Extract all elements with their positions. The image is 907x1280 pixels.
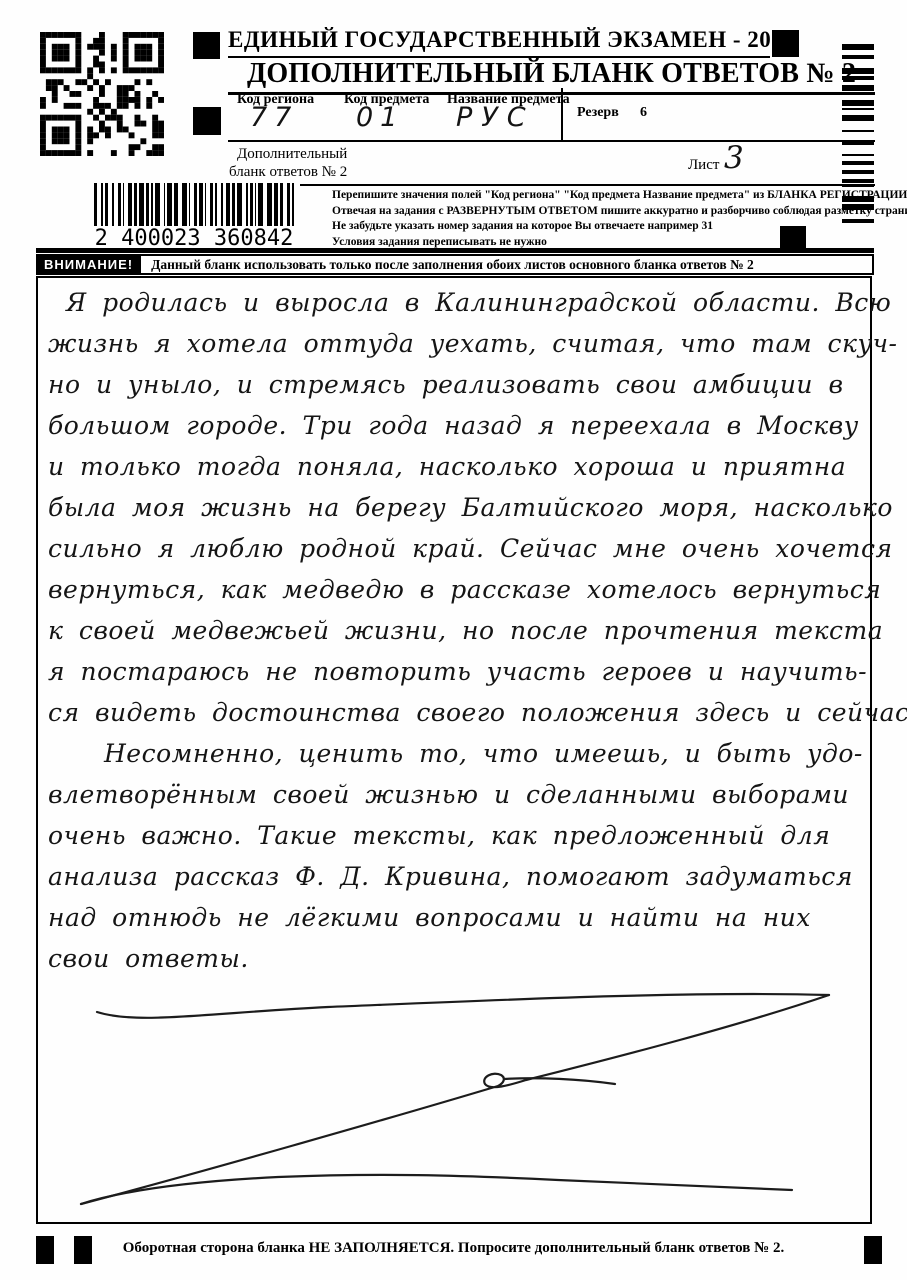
footer-note: Оборотная сторона бланка НЕ ЗАПОЛНЯЕТСЯ.… (0, 1240, 907, 1257)
instruction-line: Перепишите значения полей "Код региона" … (332, 188, 832, 204)
form-name-line1: Дополнительный (237, 145, 347, 163)
answer-area: Я родилась и выросла в Калининградской о… (36, 276, 872, 1224)
divider (561, 88, 563, 141)
registration-mark (193, 107, 221, 135)
reserve-label: Резерв (577, 105, 619, 121)
subject-name-field: РУС (456, 102, 535, 133)
exam-title: ЕДИНЫЙ ГОСУДАРСТВЕННЫЙ ЭКЗАМЕН - 2024 (228, 27, 770, 58)
region-code-field: 77 (250, 102, 298, 133)
qr-code-image (40, 32, 164, 156)
form-title: ДОПОЛНИТЕЛЬНЫЙ БЛАНК ОТВЕТОВ № 2 (228, 58, 875, 95)
sheet-label: Лист (688, 157, 719, 174)
instructions-block: Перепишите значения полей "Код региона" … (332, 188, 832, 250)
attention-strip: ВНИМАНИЕ! Данный бланк использовать толь… (36, 254, 874, 275)
registration-mark (193, 32, 220, 59)
instruction-line: Не забудьте указать номер задания на кот… (332, 219, 832, 235)
divider (228, 140, 875, 142)
divider (36, 248, 874, 253)
reserve-value: 6 (640, 105, 647, 121)
attention-badge: ВНИМАНИЕ! (36, 254, 141, 275)
barcode-image (94, 183, 298, 229)
instruction-line: Отвечая на задания с РАЗВЕРНУТЫМ ОТВЕТОМ… (332, 204, 832, 220)
scanned-answer-sheet: 2 400023 360842 ЕДИНЫЙ ГОСУДАРСТВЕННЫЙ Э… (0, 0, 907, 1280)
strikeout-lines (38, 278, 870, 1222)
form-name-line2: бланк ответов № 2 (229, 163, 347, 181)
subject-code-field: 01 (356, 102, 404, 133)
attention-text: Данный бланк использовать только после з… (141, 254, 874, 275)
divider (300, 184, 875, 186)
sheet-number-field: 3 (724, 140, 744, 176)
